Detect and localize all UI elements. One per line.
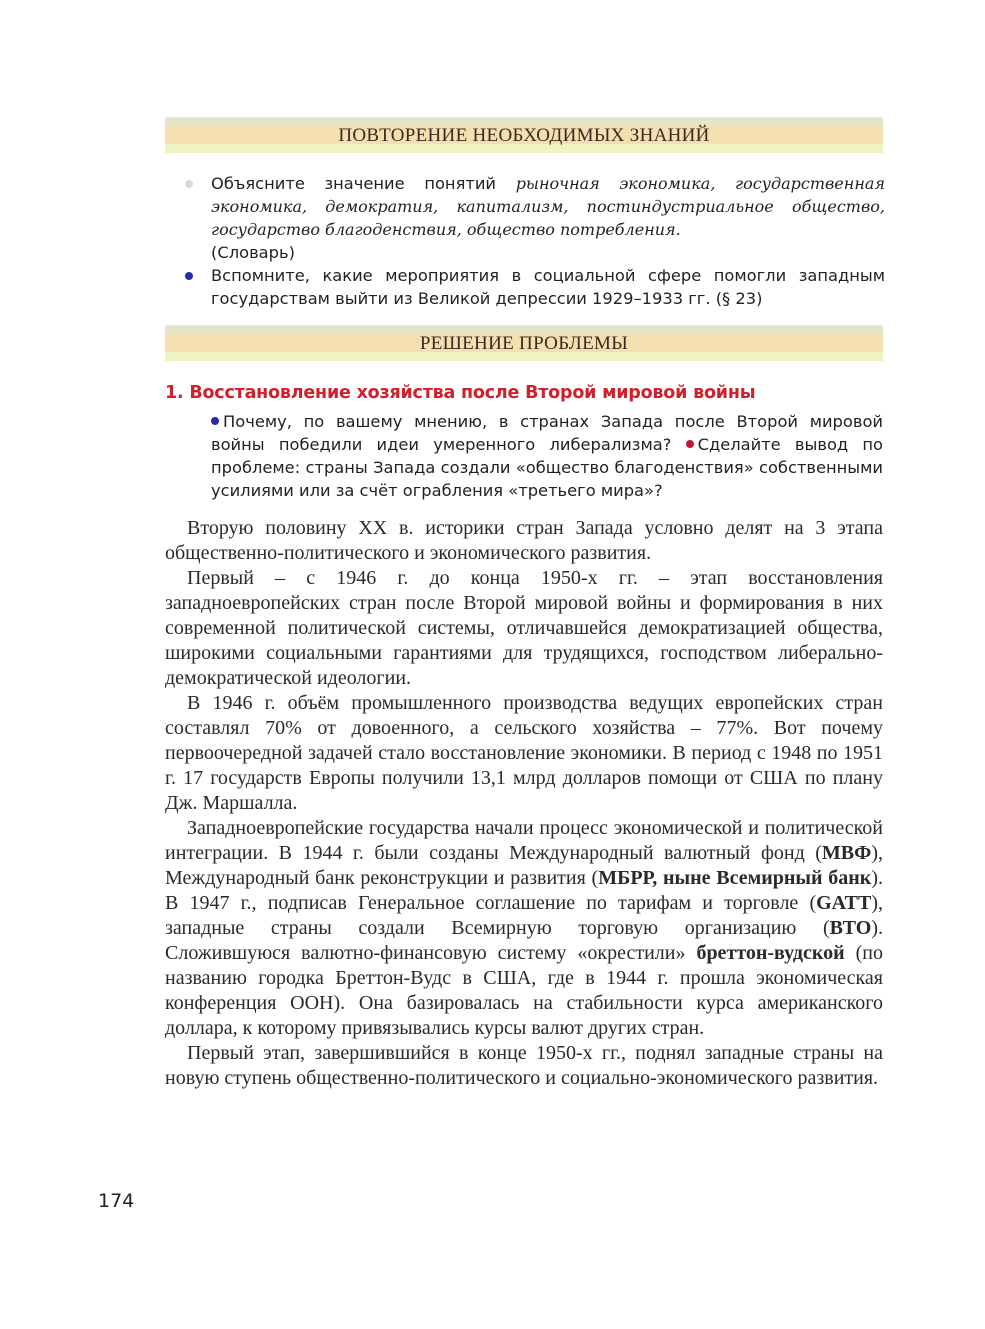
bullet-icon (185, 180, 193, 188)
term: GATT (816, 892, 871, 914)
glossary-reference: (Словарь) (211, 243, 295, 262)
term: МБРР, ныне Всемирный банк (598, 867, 871, 889)
review-list: Объясните значение понятий рыночная экон… (165, 172, 885, 310)
main-text: Вторую половину XX в. историки стран Зап… (165, 516, 883, 1091)
section-questions: Почему, по вашему мнению, в странах Запа… (211, 410, 883, 502)
review-item: Объясните значение понятий рыночная экон… (165, 172, 885, 264)
term: бреттон-вудской (696, 942, 844, 964)
bullet-icon (185, 272, 193, 280)
bullet-icon (686, 440, 694, 448)
paragraph: Вторую половину XX в. историки стран Зап… (165, 516, 883, 566)
review-banner: ПОВТОРЕНИЕ НЕОБХОДИМЫХ ЗНАНИЙ (165, 117, 883, 153)
problem-banner-title: РЕШЕНИЕ ПРОБЛЕМЫ (420, 326, 628, 362)
term: ВТО (830, 917, 872, 939)
paragraph: Первый этап, завершившийся в конце 1950-… (165, 1041, 883, 1091)
bullet-icon (211, 417, 219, 425)
term: МВФ (822, 842, 871, 864)
section-heading: 1. Восстановление хозяйства после Второй… (165, 383, 755, 403)
page-number: 174 (98, 1190, 134, 1212)
review-item: Вспомните, какие мероприятия в социально… (165, 264, 885, 310)
paragraph: Первый – с 1946 г. до конца 1950-х гг. –… (165, 566, 883, 691)
paragraph: Западноевропейские государства начали пр… (165, 816, 883, 1041)
review-banner-title: ПОВТОРЕНИЕ НЕОБХОДИМЫХ ЗНАНИЙ (338, 118, 709, 154)
paragraph: В 1946 г. объём промышленного производст… (165, 691, 883, 816)
problem-banner: РЕШЕНИЕ ПРОБЛЕМЫ (165, 325, 883, 361)
